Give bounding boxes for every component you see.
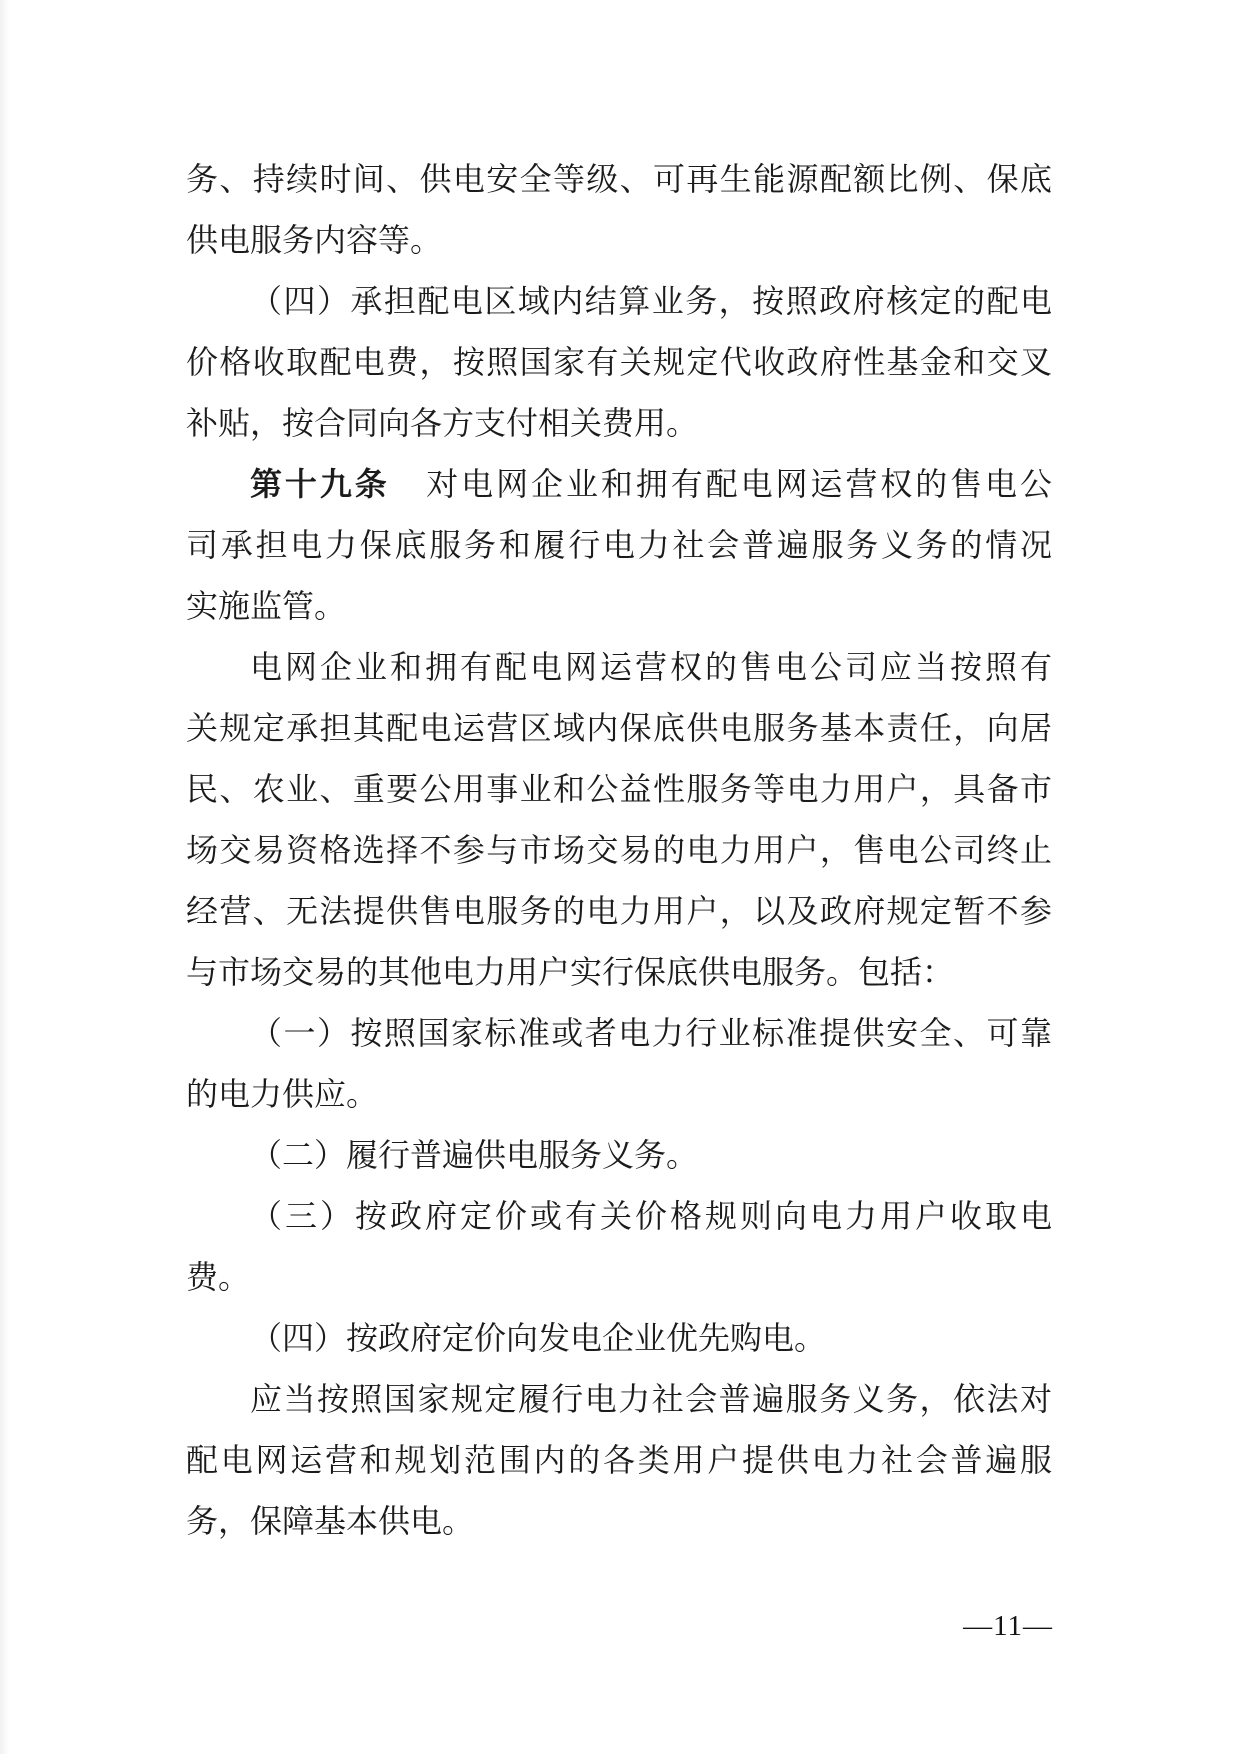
text-line: 应当按照国家规定履行电力社会普遍服务义务，依法对 (186, 1369, 1052, 1430)
text-line: 经营、无法提供售电服务的电力用户，以及政府规定暂不参 (186, 881, 1052, 942)
text-line: 务，保障基本供电。 (186, 1491, 1052, 1552)
text-line: 配电网运营和规划范围内的各类用户提供电力社会普遍服 (186, 1430, 1052, 1491)
text-line: 场交易资格选择不参与市场交易的电力用户，售电公司终止 (186, 820, 1052, 881)
document-page: 务、持续时间、供电安全等级、可再生能源配额比例、保底 供电服务内容等。 （四）承… (0, 0, 1240, 1754)
text-line: 补贴，按合同向各方支付相关费用。 (186, 393, 1052, 454)
article-19-label: 第十九条 (250, 466, 390, 502)
text-line: 实施监管。 (186, 576, 1052, 637)
text-line: 的电力供应。 (186, 1064, 1052, 1125)
text-line: 价格收取配电费，按照国家有关规定代收政府性基金和交叉 (186, 332, 1052, 393)
text-line: 费。 (186, 1247, 1052, 1308)
page-number: —11— (963, 1606, 1053, 1646)
text-line: 供电服务内容等。 (186, 210, 1052, 271)
text-line: 关规定承担其配电运营区域内保底供电服务基本责任，向居 (186, 698, 1052, 759)
text-line: 民、农业、重要公用事业和公益性服务等电力用户，具备市 (186, 759, 1052, 820)
text-line: 司承担电力保底服务和履行电力社会普遍服务义务的情况 (186, 515, 1052, 576)
text-line: （一）按照国家标准或者电力行业标准提供安全、可靠 (186, 1003, 1052, 1064)
text-line: （四）按政府定价向发电企业优先购电。 (186, 1308, 1052, 1369)
text-line: （四）承担配电区域内结算业务，按照政府核定的配电 (186, 271, 1052, 332)
text-line: （二）履行普遍供电服务义务。 (186, 1125, 1052, 1186)
text-line: 务、持续时间、供电安全等级、可再生能源配额比例、保底 (186, 149, 1052, 210)
text-line-article-19: 第十九条对电网企业和拥有配电网运营权的售电公 (186, 454, 1052, 515)
text-line: 与市场交易的其他电力用户实行保底供电服务。包括： (186, 942, 1052, 1003)
text-line: 电网企业和拥有配电网运营权的售电公司应当按照有 (186, 637, 1052, 698)
document-body: 务、持续时间、供电安全等级、可再生能源配额比例、保底 供电服务内容等。 （四）承… (186, 149, 1052, 1552)
text-line: （三）按政府定价或有关价格规则向电力用户收取电 (186, 1186, 1052, 1247)
article-19-text: 对电网企业和拥有配电网运营权的售电公 (423, 466, 1052, 502)
